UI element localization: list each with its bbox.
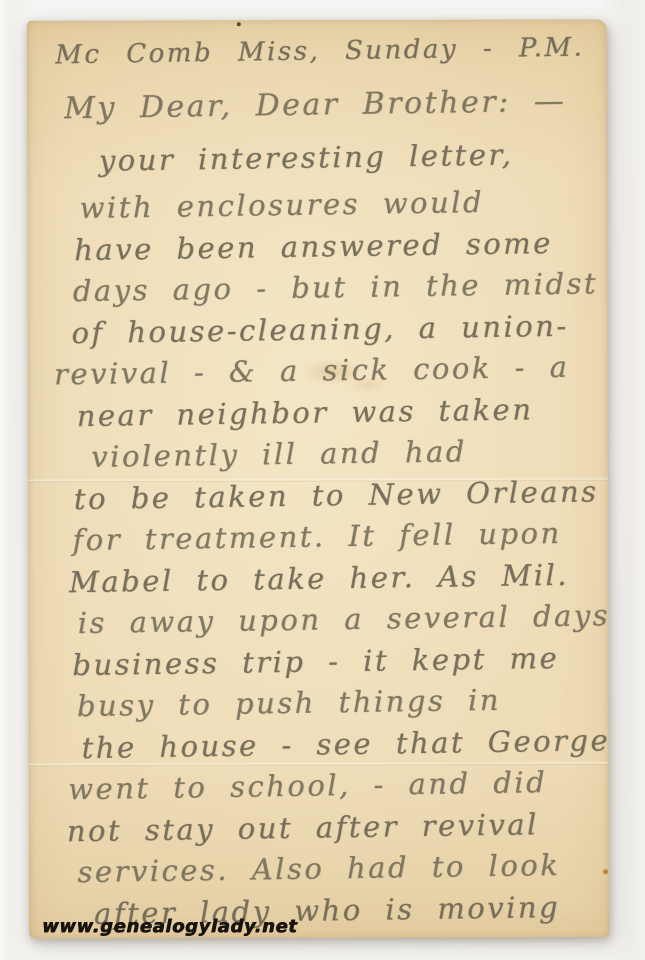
letter-line: your interesting letter, [45, 127, 604, 188]
letter-dateline: Mc Comb Miss, Sunday - P.M. [43, 21, 602, 82]
letter-salutation: My Dear, Dear Brother: — [44, 74, 603, 135]
watermark: www.genealogylady.net [42, 916, 297, 937]
handwritten-text-block: Mc Comb Miss, Sunday - P.M. My Dear, Dea… [27, 19, 609, 938]
scanned-letter-photo: Mc Comb Miss, Sunday - P.M. My Dear, Dea… [0, 0, 645, 960]
letter-paper: Mc Comb Miss, Sunday - P.M. My Dear, Dea… [27, 19, 609, 939]
